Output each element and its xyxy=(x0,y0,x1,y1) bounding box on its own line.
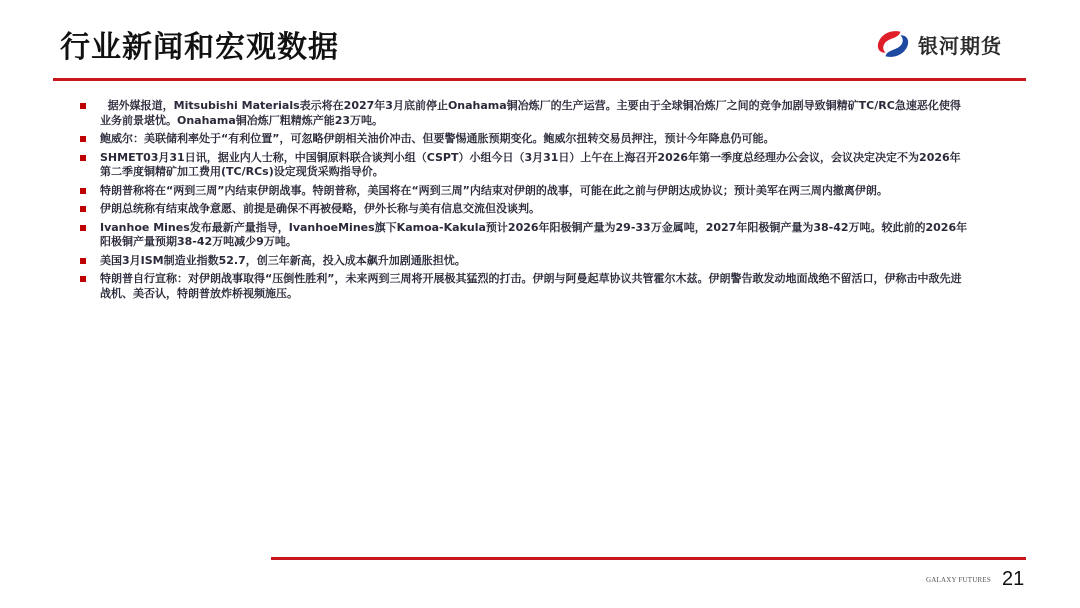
news-text: 伊朗总统称有结束战争意愿、前提是确保不再被侵略，伊外长称与美有信息交流但没谈判。 xyxy=(100,202,540,215)
news-item: 美国3月ISM制造业指数52.7，创三年新高，投入成本飙升加剧通胀担忧。 xyxy=(80,254,970,269)
header-divider xyxy=(53,78,1026,81)
news-item: Ivanhoe Mines发布最新产量指导，IvanhoeMines旗下Kamo… xyxy=(80,221,970,250)
square-bullet-icon xyxy=(80,225,86,231)
news-list: 据外媒报道，Mitsubishi Materials表示将在2027年3月底前停… xyxy=(80,99,970,305)
news-item: 伊朗总统称有结束战争意愿、前提是确保不再被侵略，伊外长称与美有信息交流但没谈判。 xyxy=(80,202,970,217)
news-item: 特朗普自行宣称：对伊朗战事取得“压倒性胜利”，未来两到三周将开展极其猛烈的打击。… xyxy=(80,272,970,301)
square-bullet-icon xyxy=(80,136,86,142)
page-number: 21 xyxy=(1002,568,1024,591)
logo-text: 银河期货 xyxy=(918,30,1002,59)
news-text: SHMET03月31日讯，据业内人士称，中国铜原料联合谈判小组（CSPT）小组今… xyxy=(100,151,961,179)
footer-brand: GALAXY FUTURES xyxy=(926,576,991,584)
galaxy-futures-logo-icon xyxy=(874,29,912,59)
footer-divider xyxy=(271,557,1026,560)
page-title: 行业新闻和宏观数据 xyxy=(60,28,339,68)
news-item: 鲍威尔：美联储利率处于“有利位置”，可忽略伊朗相关油价冲击、但要警惕通胀预期变化… xyxy=(80,132,970,147)
news-text: 特朗普自行宣称：对伊朗战事取得“压倒性胜利”，未来两到三周将开展极其猛烈的打击。… xyxy=(100,272,961,300)
company-logo: 银河期货 xyxy=(874,26,1002,62)
news-text: Ivanhoe Mines发布最新产量指导，IvanhoeMines旗下Kamo… xyxy=(100,221,967,249)
square-bullet-icon xyxy=(80,258,86,264)
news-item: 据外媒报道，Mitsubishi Materials表示将在2027年3月底前停… xyxy=(80,99,970,128)
news-text: 美国3月ISM制造业指数52.7，创三年新高，投入成本飙升加剧通胀担忧。 xyxy=(100,254,466,267)
square-bullet-icon xyxy=(80,276,86,282)
square-bullet-icon xyxy=(80,155,86,161)
news-text: 据外媒报道，Mitsubishi Materials表示将在2027年3月底前停… xyxy=(100,99,961,127)
square-bullet-icon xyxy=(80,206,86,212)
news-item: SHMET03月31日讯，据业内人士称，中国铜原料联合谈判小组（CSPT）小组今… xyxy=(80,151,970,180)
news-text: 特朗普称将在“两到三周”内结束伊朗战事。特朗普称，美国将在“两到三周”内结束对伊… xyxy=(100,184,888,197)
square-bullet-icon xyxy=(80,188,86,194)
news-item: 特朗普称将在“两到三周”内结束伊朗战事。特朗普称，美国将在“两到三周”内结束对伊… xyxy=(80,184,970,199)
news-text: 鲍威尔：美联储利率处于“有利位置”，可忽略伊朗相关油价冲击、但要警惕通胀预期变化… xyxy=(100,132,774,145)
square-bullet-icon xyxy=(80,103,86,109)
